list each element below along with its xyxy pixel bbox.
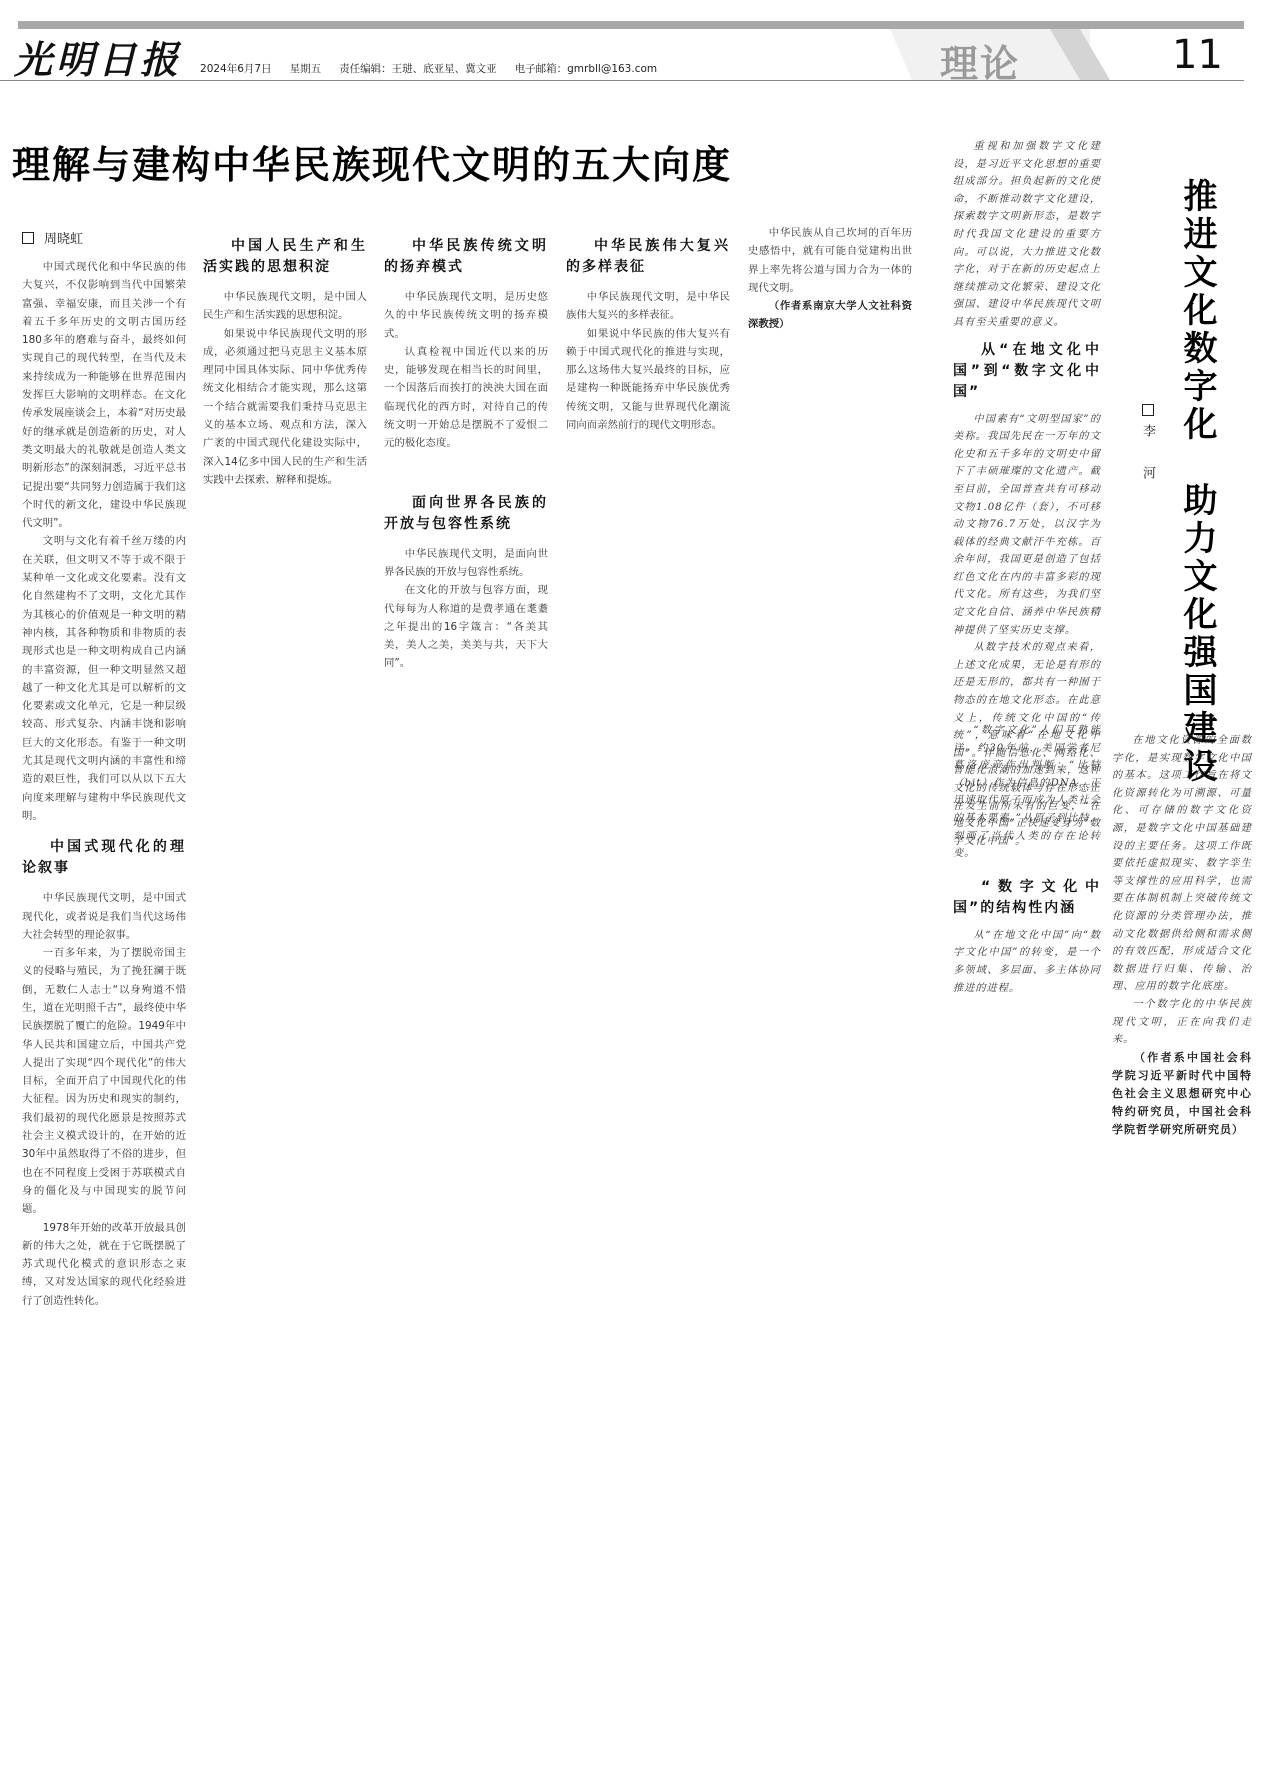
main-byline: 周晓虹 [22, 228, 83, 247]
body-paragraph: 一百多年来，为了摆脱帝国主义的侵略与殖民，为了挽狂澜于既倒，无数仁人志士“以身殉… [22, 944, 186, 1218]
side-body-paragraph: 在地文化资源的全面数字化，是实现数字文化中国的基本。这项工作旨在将文化资源转化为… [1112, 732, 1252, 996]
section-heading: 面向世界各民族的开放与包容性系统 [384, 493, 548, 535]
body-paragraph: 在文化的开放与包容方面，现代每每为人称道的是费孝通在耄耋之年提出的16字箴言：“… [384, 581, 548, 672]
body-paragraph: 认真检视中国近代以来的历史，能够发现在相当长的时间里，一个因落后而挨打的泱泱大国… [384, 343, 548, 453]
email[interactable]: 电子邮箱：gmrbll@163.com [515, 61, 658, 76]
page-number: 11 [1172, 32, 1223, 78]
main-column-3: 中华民族传统文明的扬弃模式 中华民族现代文明，是历史悠久的中华民族传统文明的扬弃… [384, 224, 548, 673]
side-column-middle: “数字文化”人们耳熟能详。约30年前，美国学者尼葛洛庞帝作出判断：“比特（bit… [953, 722, 1101, 997]
body-paragraph: 中华民族现代文明，是中华民族伟大复兴的多样表征。 [566, 288, 730, 325]
section-heading: 中国人民生产和生活实践的思想积淀 [203, 236, 367, 278]
issue-date: 2024年6月7日 [200, 61, 272, 76]
side-section-heading: “数字文化中国”的结构性内涵 [953, 877, 1101, 919]
body-paragraph: 中华民族现代文明，是历史悠久的中华民族传统文明的扬弃模式。 [384, 288, 548, 343]
body-paragraph: 中华民族现代文明，是中国式现代化，或者说是我们当代这场伟大社会转型的理论叙事。 [22, 889, 186, 944]
main-column-4: 中华民族伟大复兴的多样表征 中华民族现代文明，是中华民族伟大复兴的多样表征。 如… [566, 224, 730, 434]
side-closing-paragraph: 一个数字化的中华民族现代文明，正在向我们走来。 [1112, 996, 1252, 1049]
side-headline: 推进文化数字化 助力文化强国建设 [1178, 178, 1216, 786]
side-lead-paragraph: 重视和加强数字文化建设，是习近平文化思想的重要组成部分。担负起新的文化使命，不断… [953, 138, 1101, 332]
section-heading: 中国式现代化的理论叙事 [22, 837, 186, 879]
section-heading: 中华民族伟大复兴的多样表征 [566, 236, 730, 278]
byline-square-icon [1142, 404, 1154, 416]
side-author: 李 河 [1138, 424, 1157, 487]
side-section-heading: 从“在地文化中国”到“数字文化中国” [953, 340, 1101, 403]
editors: 责任编辑：王琎、底亚星、冀文亚 [339, 61, 497, 76]
body-paragraph: 1978年开始的改革开放最具创新的伟大之处，就在于它既摆脱了苏式现代化模式的意识… [22, 1219, 186, 1310]
closing-paragraph: 中华民族从自己坎坷的百年历史感悟中，就有可能自觉建构出世界上率先将公道与国力合为… [748, 224, 912, 297]
header-rule [0, 80, 1244, 81]
body-paragraph: 中华民族现代文明，是面向世界各民族的开放与包容性系统。 [384, 545, 548, 582]
side-column-right: 在地文化资源的全面数字化，是实现数字文化中国的基本。这项工作旨在将文化资源转化为… [1112, 732, 1252, 1139]
main-author: 周晓虹 [44, 228, 83, 247]
section-tab: 理论 [890, 29, 1210, 80]
intro-paragraph: 文明与文化有着千丝万缕的内在关联，但文明又不等于或不限于某种单一文化或文化要素。… [22, 532, 186, 825]
masthead: 光明日报 2024年6月7日 星期五 责任编辑：王琎、底亚星、冀文亚 电子邮箱：… [14, 34, 657, 82]
side-author-note: （作者系中国社会科学院习近平新时代中国特色社会主义思想研究中心特约研究员，中国社… [1112, 1049, 1252, 1139]
side-body-paragraph: “数字文化”人们耳熟能详。约30年前，美国学者尼葛洛庞帝作出判断：“比特（bit… [953, 722, 1101, 863]
main-headline: 理解与建构中华民族现代文明的五大向度 [12, 134, 732, 189]
body-paragraph: 中华民族现代文明，是中国人民生产和生活实践的思想积淀。 [203, 288, 367, 325]
byline-square-icon [22, 232, 34, 244]
main-column-2: 中国人民生产和生活实践的思想积淀 中华民族现代文明，是中国人民生产和生活实践的思… [203, 224, 367, 489]
newspaper-logo: 光明日报 [14, 38, 182, 82]
body-paragraph: 如果说中华民族现代文明的形成，必须通过把马克思主义基本原理同中国具体实际、同中华… [203, 325, 367, 490]
intro-paragraph: 中国式现代化和中华民族的伟大复兴，不仅影响到当代中国繁荣富强、幸福安康，而且关涉… [22, 258, 186, 532]
main-author-note: （作者系南京大学人文社科资深教授） [748, 297, 912, 334]
side-body-paragraph: 从“在地文化中国”向“数字文化中国”的转变，是一个多领域、多层面、多主体协同推进… [953, 927, 1101, 997]
main-column-5: 中华民族从自己坎坷的百年历史感悟中，就有可能自觉建构出世界上率先将公道与国力合为… [748, 224, 912, 334]
main-column-1: 中国式现代化和中华民族的伟大复兴，不仅影响到当代中国繁荣富强、幸福安康，而且关涉… [22, 258, 186, 1310]
section-heading: 中华民族传统文明的扬弃模式 [384, 236, 548, 278]
side-byline: 李 河 [1138, 404, 1157, 487]
body-paragraph: 如果说中华民族的伟大复兴有赖于中国式现代化的推进与实现，那么这场伟大复兴最终的目… [566, 325, 730, 435]
side-body-paragraph: 中国素有“文明型国家”的美称。我国先民在一万年的文化史和五千多年的文明史中留下了… [953, 411, 1101, 640]
top-gray-bar [18, 21, 1244, 29]
issue-weekday: 星期五 [290, 61, 322, 76]
